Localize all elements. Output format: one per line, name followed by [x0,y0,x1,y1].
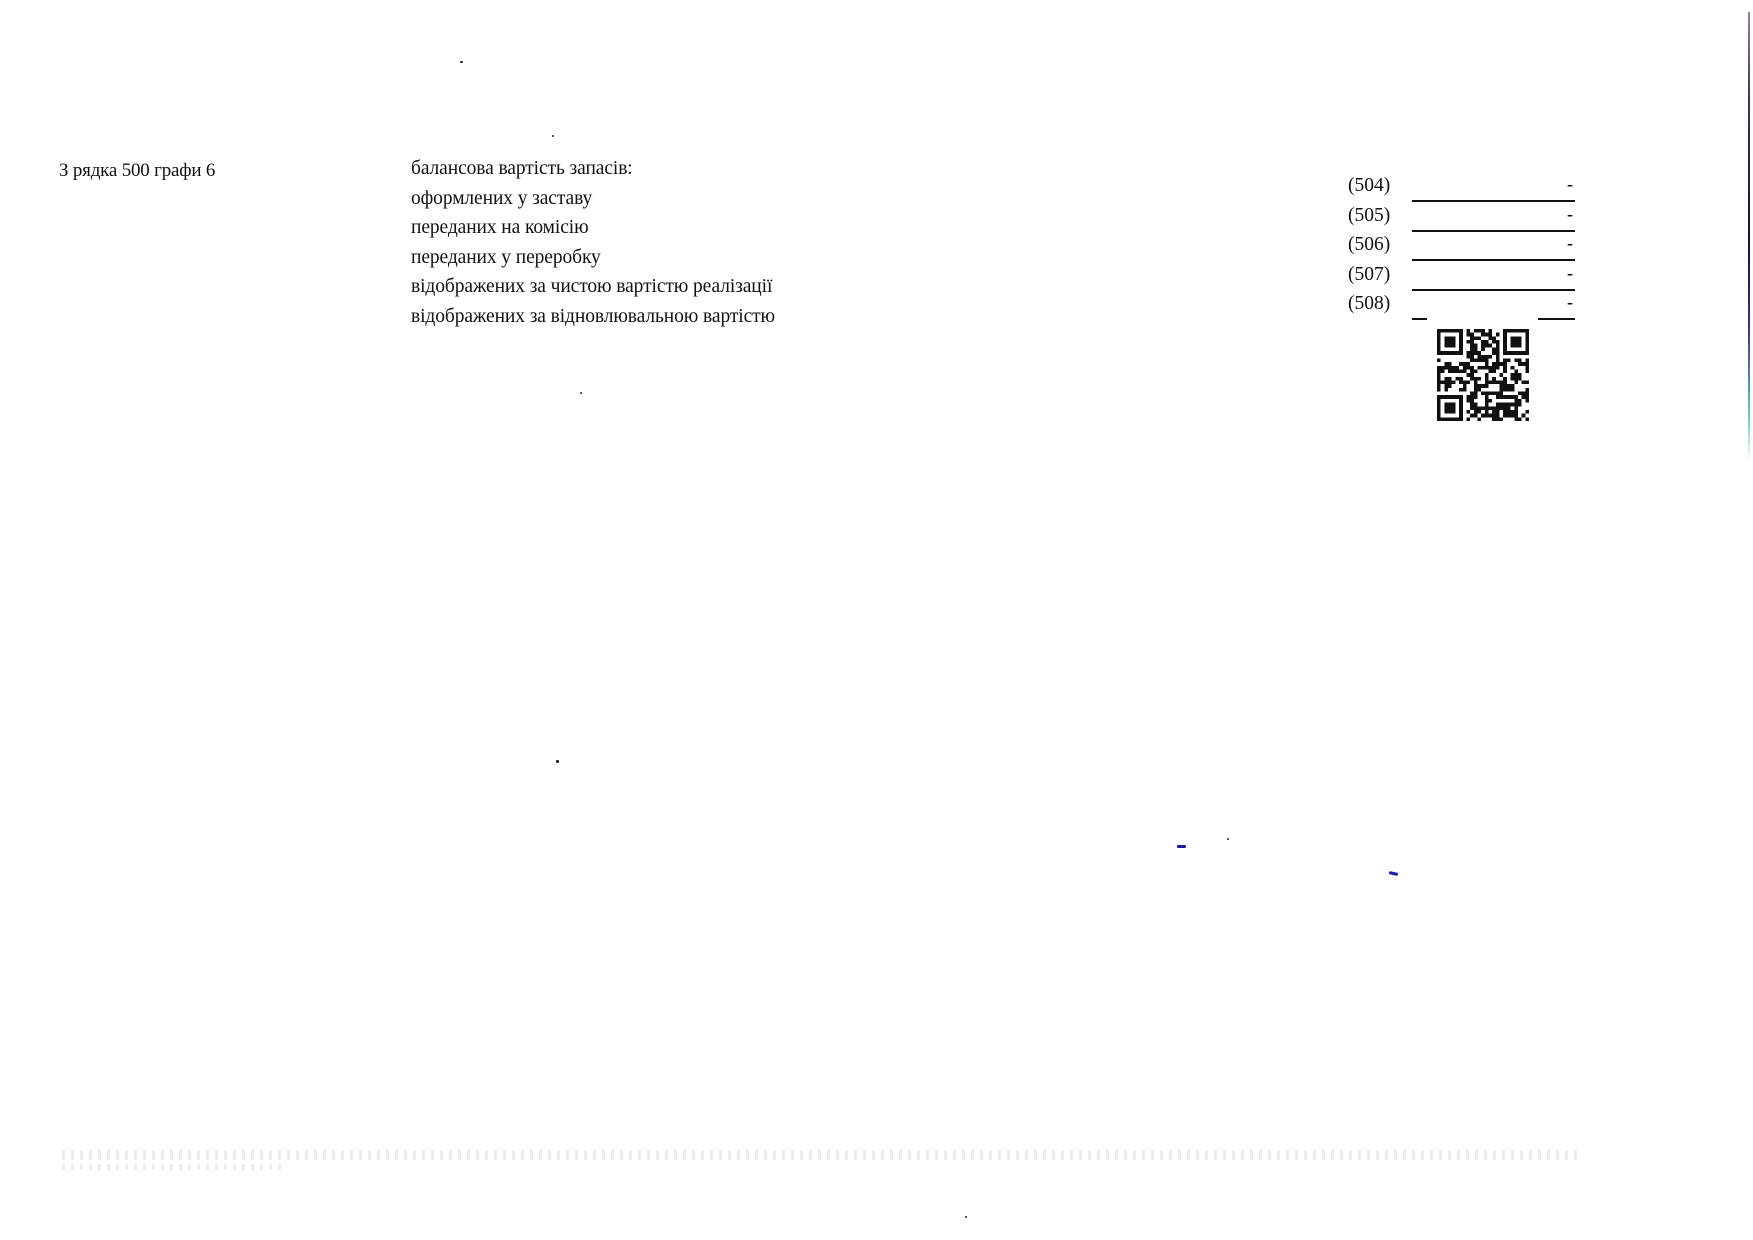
scan-speck [1389,871,1398,876]
scan-speck [580,392,582,394]
description-item: оформлених у заставу [411,184,775,214]
faint-footer-text [62,1164,282,1170]
description-item: відображених за чистою вартістю реалізац… [411,272,775,302]
code-row-505: (505) - [1348,205,1578,235]
line-value: - [1567,173,1573,195]
line-value: - [1567,291,1573,313]
scanned-document-page: З рядка 500 графи 6 балансова вартість з… [0,0,1753,1240]
qr-code-icon [1437,329,1529,421]
section-label: З рядка 500 графи 6 [59,160,215,182]
scan-speck [552,135,554,137]
description-list: балансова вартість запасів: оформлених у… [411,154,775,331]
description-item: переданих у переробку [411,243,775,273]
description-heading: балансова вартість запасів: [411,154,775,184]
scan-speck [460,61,463,63]
value-underline [1412,259,1575,261]
value-underline-right [1538,318,1575,320]
line-code: (506) [1348,234,1390,256]
line-value: - [1567,232,1573,254]
scan-speck [965,1216,967,1218]
line-value: - [1567,262,1573,284]
code-row-507: (507) - [1348,264,1578,294]
scan-speck [1227,838,1229,840]
line-code: (508) [1348,293,1390,315]
description-item: переданих на комісію [411,213,775,243]
faint-footer-text [62,1150,1577,1160]
value-underline [1412,200,1575,202]
scan-speck [1177,845,1186,848]
line-code: (507) [1348,264,1390,286]
code-row-506: (506) - [1348,234,1578,264]
value-underline [1412,289,1575,291]
value-underline-left [1412,318,1427,320]
description-item: відображених за відновлювальною вартістю [411,302,775,332]
scan-speck [556,760,559,763]
line-codes-column: (504) - (505) - (506) - (507) - (508) - [1348,175,1578,323]
code-row-504: (504) - [1348,175,1578,205]
line-code: (504) [1348,175,1390,197]
value-underline [1412,230,1575,232]
line-value: - [1567,203,1573,225]
line-code: (505) [1348,205,1390,227]
code-row-508: (508) - [1348,293,1578,323]
scan-edge-line [1748,12,1750,462]
